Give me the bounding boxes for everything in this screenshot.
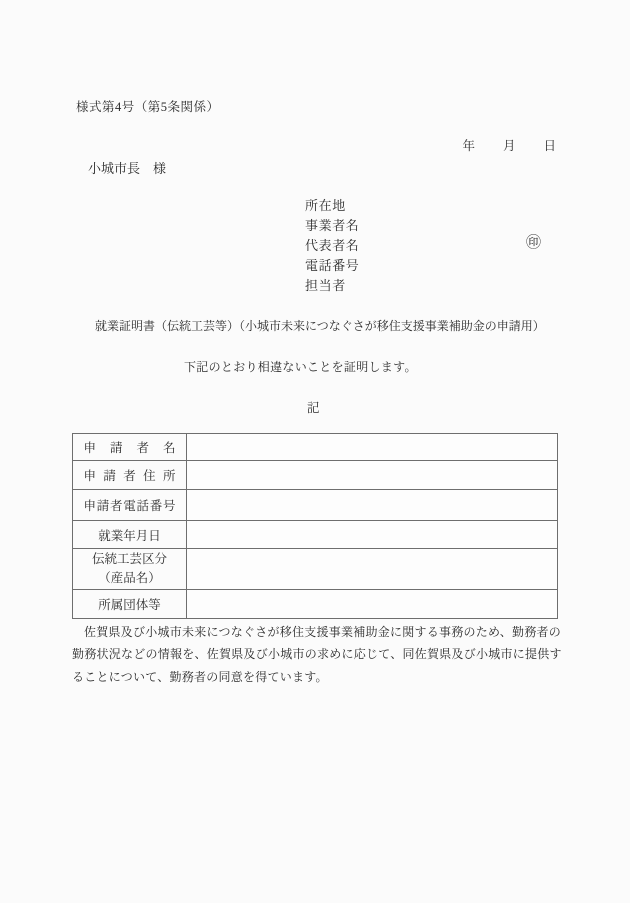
applicant-info-block: 所在地 事業者名 代表者名 電話番号 担当者 <box>305 196 359 296</box>
row-label-cell: 申請者電話番号 <box>73 490 187 521</box>
table-row-applicant-address: 申請者住所 <box>73 461 558 490</box>
consent-note-line: ることについて、勤務者の同意を得ています。 <box>72 666 564 688</box>
form-number: 様式第4号（第5条関係） <box>76 97 220 115</box>
row-value-cell <box>187 434 558 461</box>
certification-statement: 下記のとおり相違ないことを証明します。 <box>184 358 417 375</box>
row-label: 申請者電話番号 <box>84 496 176 514</box>
row-label-cell: 伝統工芸区分 （産品名） <box>73 549 187 590</box>
table-row-applicant-phone: 申請者電話番号 <box>73 490 558 521</box>
row-label: 伝統工芸区分 <box>73 550 186 569</box>
table-row-applicant-name: 申請者名 <box>73 434 558 461</box>
month-label: 月 <box>503 136 516 154</box>
row-label-cell: 申請者名 <box>73 434 187 461</box>
certificate-table: 申請者名 申請者住所 申請者電話番号 就業年月日 伝統工芸区分 （産品名） <box>72 433 558 619</box>
row-value-cell <box>187 461 558 490</box>
consent-note: 佐賀県及び小城市未来につなぐさが移住支援事業補助金に関する事務のため、勤務者の … <box>72 621 564 688</box>
field-label-phone-number: 電話番号 <box>305 256 359 276</box>
table-row-employment-date: 就業年月日 <box>73 521 558 549</box>
issue-date-line: 年 月 日 <box>462 136 556 154</box>
row-label-line2: （産品名） <box>73 569 186 588</box>
row-label: 就業年月日 <box>98 529 161 543</box>
addressee: 小城市長 様 <box>88 158 166 177</box>
table-row-affiliated-organization: 所属団体等 <box>73 590 558 619</box>
seal-icon: ㊞ <box>526 236 541 251</box>
row-label: 申請者名 <box>84 438 176 456</box>
table-row-craft-category: 伝統工芸区分 （産品名） <box>73 549 558 590</box>
row-label: 申請者住所 <box>84 466 176 484</box>
year-label: 年 <box>462 136 475 154</box>
document-title: 就業証明書（伝統工芸等）（小城市未来につなぐさが移住支援事業補助金の申請用） <box>95 317 545 334</box>
row-label-cell: 申請者住所 <box>73 461 187 490</box>
row-label-cell: 就業年月日 <box>73 521 187 549</box>
row-label-cell: 所属団体等 <box>73 590 187 619</box>
field-label-location: 所在地 <box>305 196 359 216</box>
record-marker: 記 <box>307 398 320 416</box>
row-value-cell <box>187 521 558 549</box>
row-value-cell <box>187 549 558 590</box>
field-label-contact-person: 担当者 <box>305 276 359 296</box>
row-value-cell <box>187 490 558 521</box>
document-page: 様式第4号（第5条関係） 年 月 日 小城市長 様 所在地 事業者名 代表者名 … <box>0 0 630 903</box>
consent-note-line: 佐賀県及び小城市未来につなぐさが移住支援事業補助金に関する事務のため、勤務者の <box>72 621 564 643</box>
row-label: 所属団体等 <box>98 598 161 612</box>
consent-note-line: 勤務状況などの情報を、佐賀県及び小城市の求めに応じて、同佐賀県及び小城市に提供す <box>72 643 564 665</box>
field-label-business-name: 事業者名 <box>305 216 359 236</box>
day-label: 日 <box>543 136 556 154</box>
field-label-representative-name: 代表者名 <box>305 236 359 256</box>
row-value-cell <box>187 590 558 619</box>
